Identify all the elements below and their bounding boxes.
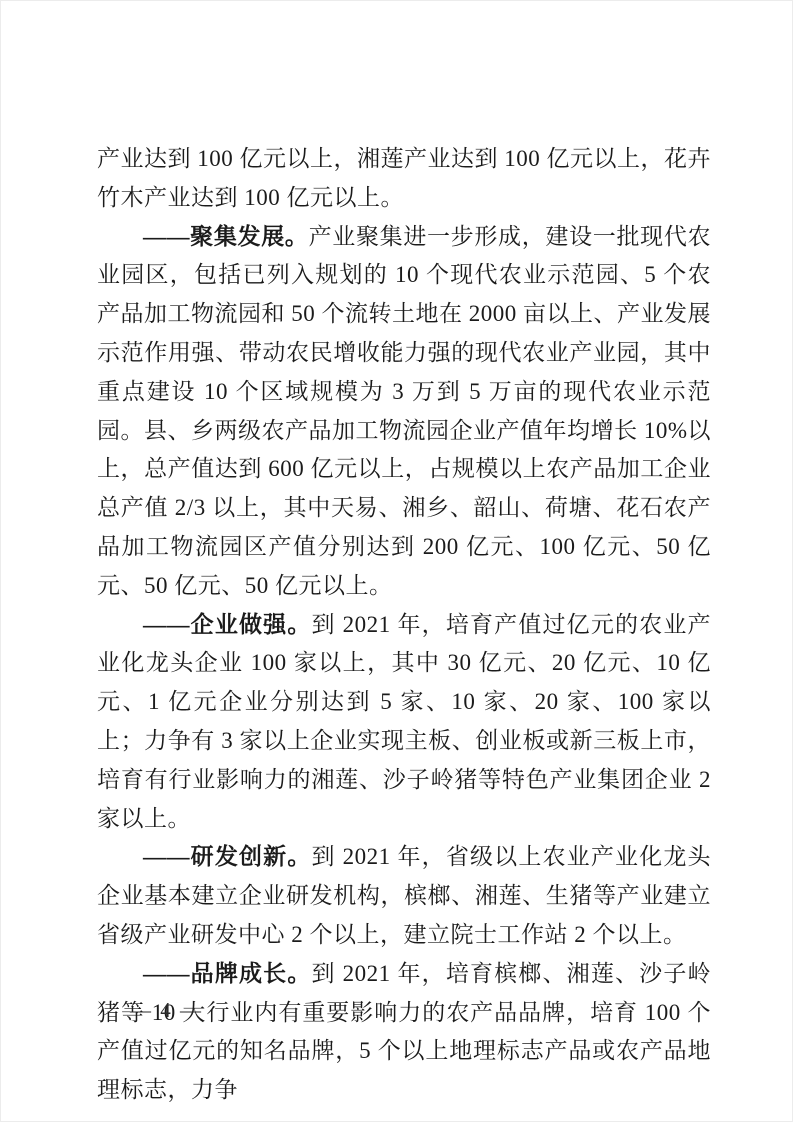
paragraph: ——聚集发展。产业聚集进一步形成，建设一批现代农业园区，包括已列入规划的 10 … <box>97 218 711 606</box>
paragraph-lead: ——企业做强。 <box>143 612 312 637</box>
paragraph-lead: ——研发创新。 <box>143 844 312 869</box>
paragraph: ——企业做强。到 2021 年，培育产值过亿元的农业产业化龙头企业 100 家以… <box>97 606 711 839</box>
paragraph-lead: ——聚集发展。 <box>143 224 309 249</box>
document-page: 产业达到 100 亿元以上，湘莲产业达到 100 亿元以上，花卉竹木产业达到 1… <box>0 0 793 1122</box>
document-body: 产业达到 100 亿元以上，湘莲产业达到 100 亿元以上，花卉竹木产业达到 1… <box>97 140 711 1110</box>
paragraph-text: 到 2021 年，培育产值过亿元的农业产业化龙头企业 100 家以上，其中 30… <box>97 612 711 831</box>
paragraph: ——品牌成长。到 2021 年，培育槟榔、湘莲、沙子岭猪等 10 大行业内有重要… <box>97 955 711 1110</box>
paragraph: 产业达到 100 亿元以上，湘莲产业达到 100 亿元以上，花卉竹木产业达到 1… <box>97 140 711 218</box>
paragraph-text: 产业聚集进一步形成，建设一批现代农业园区，包括已列入规划的 10 个现代农业示范… <box>97 224 711 598</box>
paragraph-text: 产业达到 100 亿元以上，湘莲产业达到 100 亿元以上，花卉竹木产业达到 1… <box>97 146 711 210</box>
page-number: — 4 — <box>130 998 203 1023</box>
paragraph-lead: ——品牌成长。 <box>143 961 312 986</box>
paragraph: ——研发创新。到 2021 年，省级以上农业产业化龙头企业基本建立企业研发机构，… <box>97 838 711 954</box>
